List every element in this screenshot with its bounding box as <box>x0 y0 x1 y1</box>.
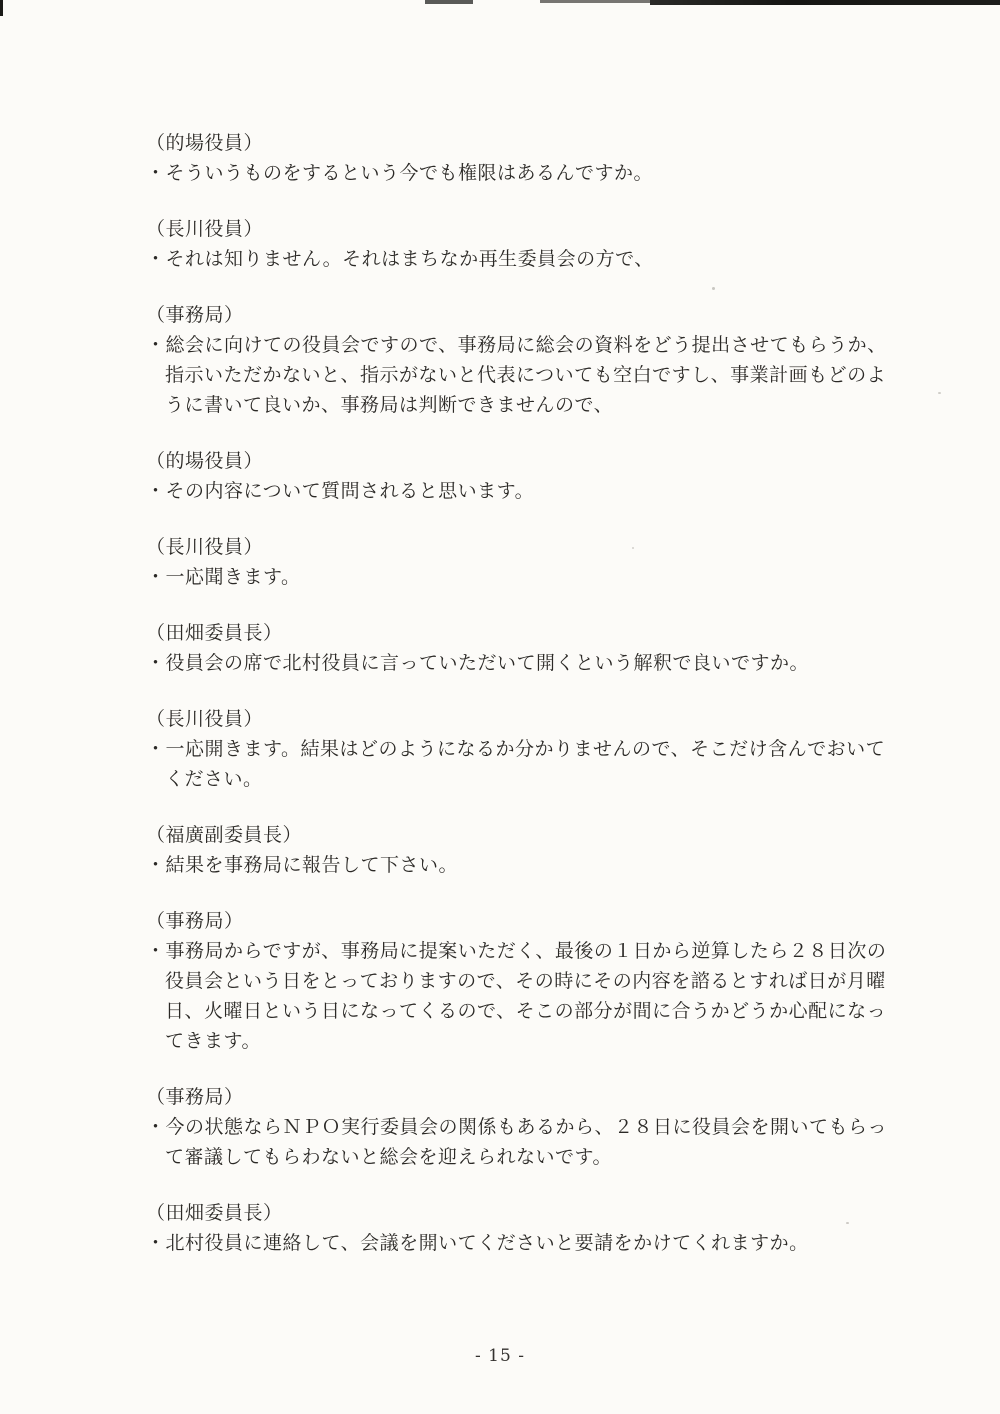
scan-artifact-top-edge <box>650 0 1000 5</box>
statement-line: ・その内容について質問されると思います。 <box>146 476 936 506</box>
statement-line: うに書いて良いか、事務局は判断できませんので、 <box>146 390 936 420</box>
minutes-block: （事務局）・今の状態ならＮＰＯ実行委員会の関係もあるから、２８日に役員会を開いて… <box>146 1082 936 1172</box>
statement-line: ・そういうものをするという今でも権限はあるんですか。 <box>146 158 936 188</box>
statement-line: ・事務局からですが、事務局に提案いただく、最後の１日から逆算したら２８日次の <box>146 936 936 966</box>
statement-line: ・北村役員に連絡して、会議を開いてくださいと要請をかけてくれますか。 <box>146 1228 936 1258</box>
statement-line: ・今の状態ならＮＰＯ実行委員会の関係もあるから、２８日に役員会を開いてもらっ <box>146 1112 936 1142</box>
statement-line: ・一応聞きます。 <box>146 562 936 592</box>
scan-artifact-top-edge <box>425 0 473 4</box>
minutes-block: （福廣副委員長）・結果を事務局に報告して下さい。 <box>146 820 936 880</box>
speaker-label: （長川役員） <box>146 214 936 244</box>
scan-artifact-left-edge <box>0 0 3 16</box>
page-number: - 15 - <box>0 1344 1000 1368</box>
speaker-label: （的場役員） <box>146 128 936 158</box>
scan-artifact-top-edge <box>540 0 652 3</box>
statement-line: ・一応開きます。結果はどのようになるか分かりませんので、そこだけ含んでおいて <box>146 734 936 764</box>
speaker-label: （長川役員） <box>146 532 936 562</box>
minutes-block: （田畑委員長）・役員会の席で北村役員に言っていただいて開くという解釈で良いですか… <box>146 618 936 678</box>
statement-line: ・役員会の席で北村役員に言っていただいて開くという解釈で良いですか。 <box>146 648 936 678</box>
speaker-label: （福廣副委員長） <box>146 820 936 850</box>
minutes-block: （事務局）・事務局からですが、事務局に提案いただく、最後の１日から逆算したら２８… <box>146 906 936 1056</box>
minutes-block: （的場役員）・そういうものをするという今でも権限はあるんですか。 <box>146 128 936 188</box>
speaker-label: （事務局） <box>146 1082 936 1112</box>
scanned-document-page: （的場役員）・そういうものをするという今でも権限はあるんですか。（長川役員）・そ… <box>0 0 1000 1414</box>
speaker-label: （田畑委員長） <box>146 618 936 648</box>
speaker-label: （事務局） <box>146 300 936 330</box>
speaker-label: （長川役員） <box>146 704 936 734</box>
speaker-label: （事務局） <box>146 906 936 936</box>
minutes-block: （的場役員）・その内容について質問されると思います。 <box>146 446 936 506</box>
speaker-label: （的場役員） <box>146 446 936 476</box>
statement-line: てきます。 <box>146 1026 936 1056</box>
statement-line: 指示いただかないと、指示がないと代表についても空白ですし、事業計画もどのよ <box>146 360 936 390</box>
speaker-label: （田畑委員長） <box>146 1198 936 1228</box>
minutes-body: （的場役員）・そういうものをするという今でも権限はあるんですか。（長川役員）・そ… <box>146 128 936 1284</box>
minutes-block: （長川役員）・一応聞きます。 <box>146 532 936 592</box>
minutes-block: （田畑委員長）・北村役員に連絡して、会議を開いてくださいと要請をかけてくれますか… <box>146 1198 936 1258</box>
scan-speck <box>938 392 941 394</box>
statement-line: ・それは知りません。それはまちなか再生委員会の方で、 <box>146 244 936 274</box>
statement-line: 日、火曜日という日になってくるので、そこの部分が間に合うかどうか心配になっ <box>146 996 936 1026</box>
statement-line: 役員会という日をとっておりますので、その時にその内容を諮るとすれば日が月曜 <box>146 966 936 996</box>
statement-line: ください。 <box>146 764 936 794</box>
statement-line: て審議してもらわないと総会を迎えられないです。 <box>146 1142 936 1172</box>
statement-line: ・総会に向けての役員会ですので、事務局に総会の資料をどう提出させてもらうか、 <box>146 330 936 360</box>
minutes-block: （長川役員）・一応開きます。結果はどのようになるか分かりませんので、そこだけ含ん… <box>146 704 936 794</box>
minutes-block: （事務局）・総会に向けての役員会ですので、事務局に総会の資料をどう提出させてもら… <box>146 300 936 420</box>
statement-line: ・結果を事務局に報告して下さい。 <box>146 850 936 880</box>
minutes-block: （長川役員）・それは知りません。それはまちなか再生委員会の方で、 <box>146 214 936 274</box>
